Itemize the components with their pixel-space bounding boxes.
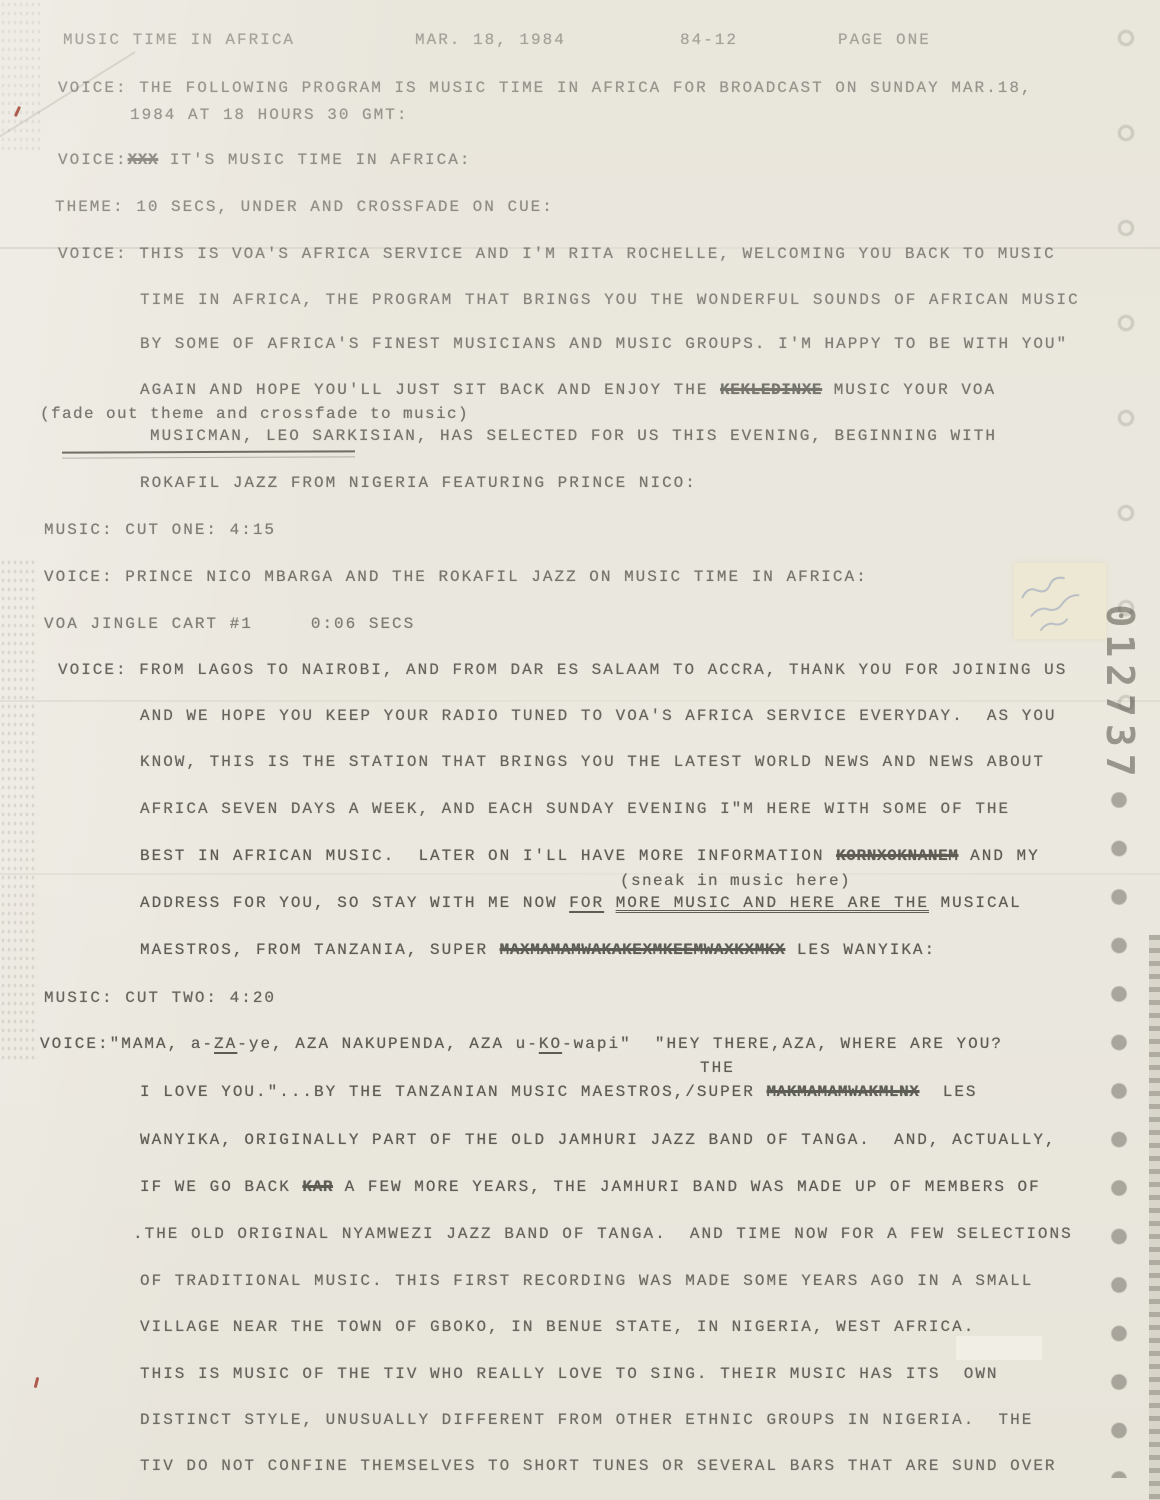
handwritten-cue-note: (fade out theme and crossfade to music) [40,404,469,424]
script-text: VOICE:"MAMA, a- [40,1035,214,1053]
script-line: VOICE: THE FOLLOWING PROGRAM IS MUSIC TI… [58,78,1033,98]
correction-tape-patch [956,1336,1042,1360]
script-text: IF WE GO BACK [140,1178,302,1196]
script-line: MUSIC: CUT ONE: 4:15 [44,520,276,540]
script-line: WANYIKA, ORIGINALLY PART OF THE OLD JAMH… [140,1130,1057,1150]
photocopy-toner-smudge [0,0,42,150]
script-line: BEST IN AFRICAN MUSIC. LATER ON I'LL HAV… [140,846,1040,866]
script-line: ADDRESS FOR YOU, SO STAY WITH ME NOW FOR… [140,893,1022,913]
underline-stroke [62,450,355,458]
script-line: AGAIN AND HOPE YOU'LL JUST SIT BACK AND … [140,380,996,400]
script-text: VOICE: [58,151,128,169]
punch-dot-stamps [1106,778,1132,1478]
script-text: LES WANYIKA: [785,941,936,959]
script-line: VILLAGE NEAR THE TOWN OF GBOKO, IN BENUE… [140,1317,975,1337]
paper-crease [0,700,1160,702]
typewritten-radio-script-page: 012737 MUSIC TIME IN AFRICA MAR. 18, 198… [0,0,1160,1500]
script-text: MAESTROS, FROM TANZANIA, SUPER [140,941,500,959]
script-text: IT'S MUSIC TIME IN AFRICA: [158,151,471,169]
script-line: VOICE: FROM LAGOS TO NAIROBI, AND FROM D… [58,660,1067,680]
script-line: MUSIC: CUT TWO: 4:20 [44,988,276,1008]
script-line: .THE OLD ORIGINAL NYAMWEZI JAZZ BAND OF … [133,1224,1073,1244]
script-line: VOICE: PRINCE NICO MBARGA AND THE ROKAFI… [44,567,868,587]
script-line: AND WE HOPE YOU KEEP YOUR RADIO TUNED TO… [140,706,1057,726]
script-line: MUSICMAN, LEO SARKISIAN, HAS SELECTED FO… [150,426,997,446]
script-text: -ye, AZA NAKUPENDA, AZA u- [237,1035,539,1053]
script-line: ROKAFIL JAZZ FROM NIGERIA FEATURING PRIN… [140,473,697,493]
script-line: IF WE GO BACK KAR A FEW MORE YEARS, THE … [140,1177,1041,1197]
struck-text: KEKLEDINXE [720,381,822,399]
script-line: VOICE:"MAMA, a-ZA-ye, AZA NAKUPENDA, AZA… [40,1034,1003,1054]
script-line: THIS IS MUSIC OF THE TIV WHO REALLY LOVE… [140,1364,999,1384]
script-text: I LOVE YOU."...BY THE TANZANIAN MUSIC MA… [140,1083,766,1101]
script-text: HAS SELECTED FOR US THIS EVENING, BEGINN… [428,427,996,445]
paper-crease [0,873,1160,875]
script-line: TIV DO NOT CONFINE THEMSELVES TO SHORT T… [140,1456,1057,1476]
script-line: VOA JINGLE CART #1 0:06 SECS [44,614,415,634]
struck-text: KORNXOKNANEM [836,847,958,865]
script-line: 1984 AT 18 HOURS 30 GMT: [130,105,408,125]
script-text: MUSIC YOUR VOA [822,381,996,399]
header-date: MAR. 18, 1984 [415,30,566,50]
script-line: DISTINCT STYLE, UNUSUALLY DIFFERENT FROM… [140,1410,1033,1430]
header-program-code: 84-12 [680,30,738,50]
script-line: THEME: 10 SECS, UNDER AND CROSSFADE ON C… [55,197,554,217]
scan-edge-shadow [1149,935,1160,1500]
script-text [604,894,616,912]
script-text: AGAIN AND HOPE YOU'LL JUST SIT BACK AND … [140,381,720,399]
script-line: BY SOME OF AFRICA'S FINEST MUSICIANS AND… [140,334,1068,354]
faint-handwriting-label [1014,563,1106,639]
script-line: MAESTROS, FROM TANZANIA, SUPER MAXMAMAMW… [140,940,936,960]
struck-text: KAR [302,1178,333,1196]
script-line: AFRICA SEVEN DAYS A WEEK, AND EACH SUNDA… [140,799,1010,819]
script-text: -wapi" "HEY THERE,AZA, WHERE ARE YOU? [562,1035,1003,1053]
script-text: AND MY [959,847,1040,865]
script-line: VOICE: THIS IS VOA'S AFRICA SERVICE AND … [58,244,1056,264]
script-text: MUSICAL [929,894,1022,912]
handwritten-cue-note: (sneak in music here) [620,871,851,891]
underlined-text: ZA [214,1035,237,1053]
accession-number-stamp: 012737 [1098,582,1142,806]
script-line: KNOW, THIS IS THE STATION THAT BRINGS YO… [140,752,1045,772]
underlined-text: FOR [569,894,604,912]
script-text: A FEW MORE YEARS, THE JAMHURI BAND WAS M… [333,1178,1041,1196]
inserted-word: THE [700,1058,735,1078]
script-text: MUSICMAN, LEO SARKISIAN, [150,427,428,445]
struck-text: MAXMAMAMWAKAKEXMKEEMWAXKXMKX [500,941,786,959]
struck-text: XXX [128,151,159,169]
photocopy-toner-smudge [0,558,38,1063]
script-text: ADDRESS FOR YOU, SO STAY WITH ME NOW [140,894,569,912]
script-line: I LOVE YOU."...BY THE TANZANIAN MUSIC MA… [140,1082,978,1102]
underlined-text: MORE MUSIC AND HERE ARE THE [616,894,929,912]
faint-handwriting-mark [1014,563,1106,639]
script-text: BEST IN AFRICAN MUSIC. LATER ON I'LL HAV… [140,847,836,865]
script-line: TIME IN AFRICA, THE PROGRAM THAT BRINGS … [140,290,1080,310]
script-text: LES [920,1083,978,1101]
script-line: VOICE:XXX IT'S MUSIC TIME IN AFRICA: [58,150,471,170]
struck-text: MAKMAMAMWAKMLNX [766,1083,919,1101]
header-title: MUSIC TIME IN AFRICA [63,30,295,50]
header-page-number: PAGE ONE [838,30,931,50]
underlined-text: KO [539,1035,562,1053]
red-pen-mark [34,1377,40,1388]
script-line: OF TRADITIONAL MUSIC. THIS FIRST RECORDI… [140,1271,1033,1291]
